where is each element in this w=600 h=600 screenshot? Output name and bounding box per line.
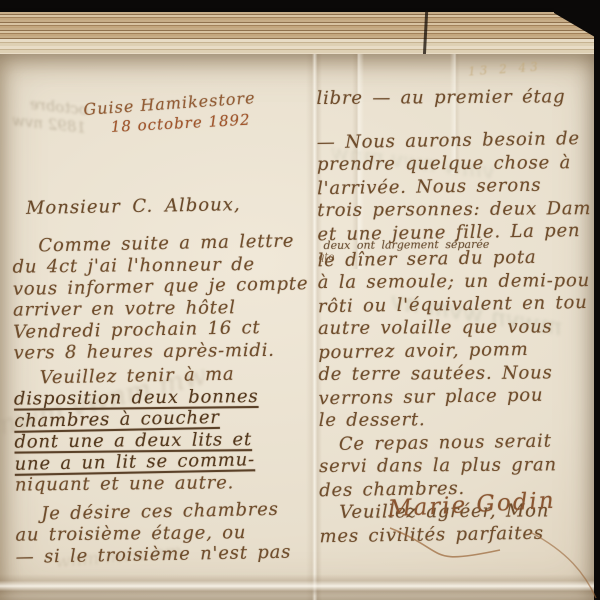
salutation: Monsieur C. Alboux,	[26, 194, 241, 219]
letter-line: vers 8 heures après-midi.	[13, 339, 313, 364]
manuscript-photo: { "colors":{ "background":"#0b0908", "pa…	[0, 0, 600, 600]
letter-line: le dîner sera du pota	[317, 245, 599, 272]
letter-line: rôti ou l'équivalent en tou	[318, 291, 600, 318]
letter-line: mes civilités parfaites	[319, 521, 600, 548]
letter-line: autre volaille que vous	[318, 315, 600, 340]
letter-line: de terre sautées. Nous	[318, 361, 600, 386]
letter-line: le dessert.	[319, 407, 600, 432]
letter-line: l'arrivée. Nous serons	[317, 173, 599, 200]
letter-line: — Nous aurons besoin de	[317, 127, 599, 154]
letter-body-left-column: Comme suite a ma lettredu 4ct j'ai l'hon…	[12, 231, 315, 567]
letter-line: pourrez avoir, pomm	[318, 337, 600, 364]
letter-line: trois personnes: deux Dam	[317, 197, 599, 222]
letter-line: Ce repas nous serait	[319, 429, 600, 456]
letter-line: servi dans la plus gran	[319, 453, 600, 478]
letter-line: à la semoule; un demi-pou	[318, 269, 600, 294]
letter-line: — si le troisième n'est pas	[15, 541, 315, 568]
letter-body-right-column: libre — au premier étag— Nous aurons bes…	[316, 85, 600, 547]
letter-line: niquant et une autre.	[15, 471, 315, 496]
letter-line: prendre quelque chose à	[317, 151, 599, 176]
book-page-edges-top	[0, 12, 600, 39]
letter-line: libre — au premier étag	[316, 85, 598, 110]
letter-line: verrons sur place pou	[318, 383, 600, 410]
